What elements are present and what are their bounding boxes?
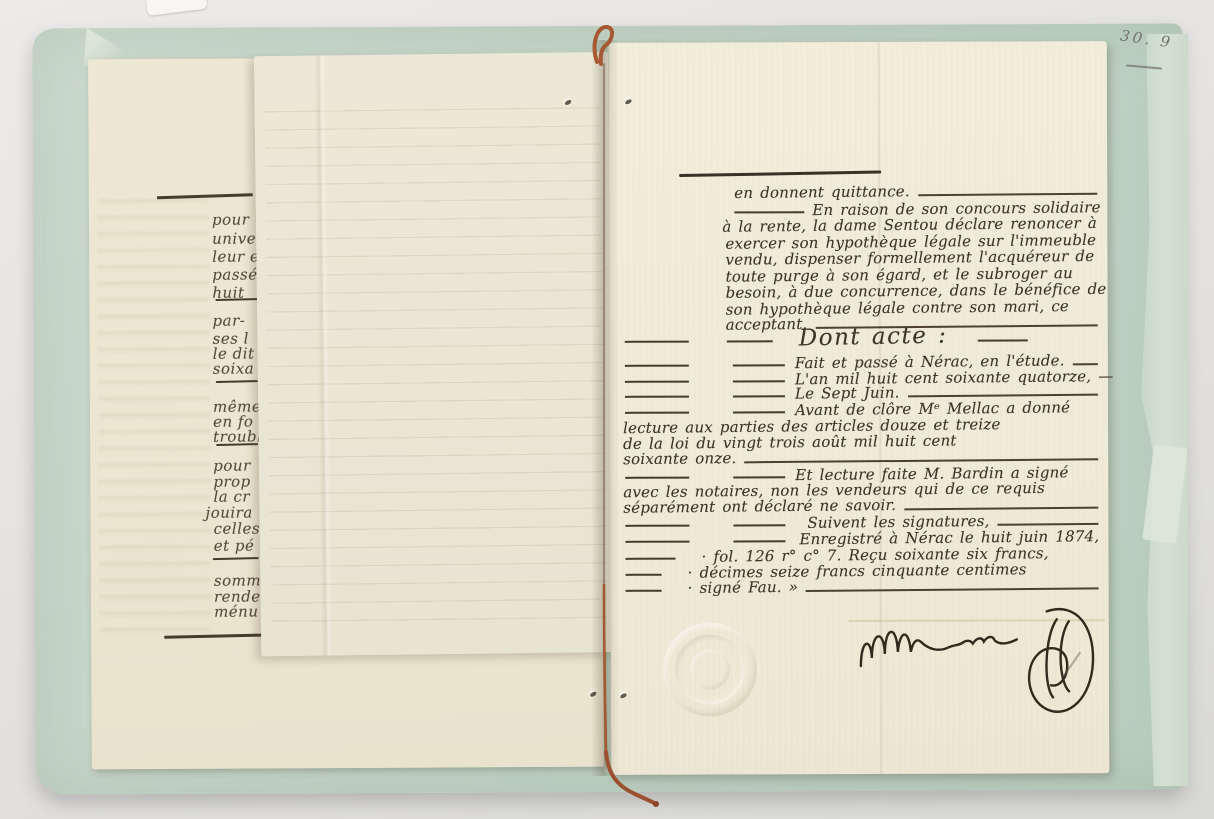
page-fragment-text: par- (212, 312, 245, 330)
page-fragment-text: passé (212, 265, 257, 283)
margin-dash (625, 396, 689, 398)
manuscript-text: soixante onze. (623, 449, 736, 468)
manuscript-text: · signé Fau. » (688, 578, 799, 597)
signature-stroke (861, 631, 1017, 666)
binding-gutter (591, 40, 619, 776)
margin-dash (625, 341, 689, 343)
trail-rule (998, 523, 1099, 526)
page-fragment-text: pour (212, 211, 250, 229)
trail-rule (904, 507, 1098, 511)
bleedthrough-text (97, 199, 211, 642)
margin-dash (625, 381, 689, 383)
page-fragment-text: unive (212, 229, 256, 247)
trail-rule (1073, 363, 1098, 365)
margin-dash (733, 411, 785, 413)
page-fragment-text: celles (214, 519, 261, 537)
embossed-seal (663, 622, 757, 716)
margin-dash (625, 525, 689, 527)
margin-dash (727, 340, 773, 342)
margin-dash (733, 395, 785, 397)
fragment-rule (213, 557, 259, 560)
margin-dash (734, 211, 804, 213)
fragment-rule (216, 380, 258, 383)
margin-dash (733, 364, 785, 366)
right-page: en donnent quittance.En raison de son co… (609, 41, 1110, 775)
trail-rule (908, 394, 1098, 398)
photo-of-archival-document: 30. 9 pouruniveleur epasséhuitpar-ses ll… (0, 0, 1214, 819)
signature-mellac (851, 593, 1101, 734)
sticker-label (146, 0, 208, 16)
trail-rule (806, 587, 1099, 592)
margin-dash (977, 339, 1027, 341)
dont-acte-heading: Dont acte : (798, 322, 947, 351)
manuscript-line: Dont acte : (623, 329, 1100, 348)
page-fragment-text: ménu (214, 602, 259, 620)
margin-dash (626, 558, 676, 560)
margin-dash (733, 524, 785, 526)
margin-dash (733, 540, 785, 542)
page-fragment-text: huit (212, 284, 244, 302)
page-fragment-text: troubl (213, 427, 262, 445)
manuscript-text: en donnent quittance. (734, 182, 910, 202)
margin-dash (626, 574, 662, 576)
page-fragment-text: et pé (214, 536, 255, 554)
trail-rule (918, 193, 1097, 197)
margin-dash (625, 412, 689, 414)
margin-dash (733, 476, 785, 478)
margin-dash (625, 365, 689, 367)
margin-dash (733, 380, 785, 382)
string-tip (653, 801, 659, 807)
middle-blank-sheet (254, 52, 615, 656)
margin-dash (625, 477, 689, 479)
page-fragment-text: soixa (213, 359, 255, 377)
margin-dash (626, 590, 662, 592)
margin-dash (625, 541, 689, 543)
page-fragment-text: leur e (212, 247, 259, 265)
